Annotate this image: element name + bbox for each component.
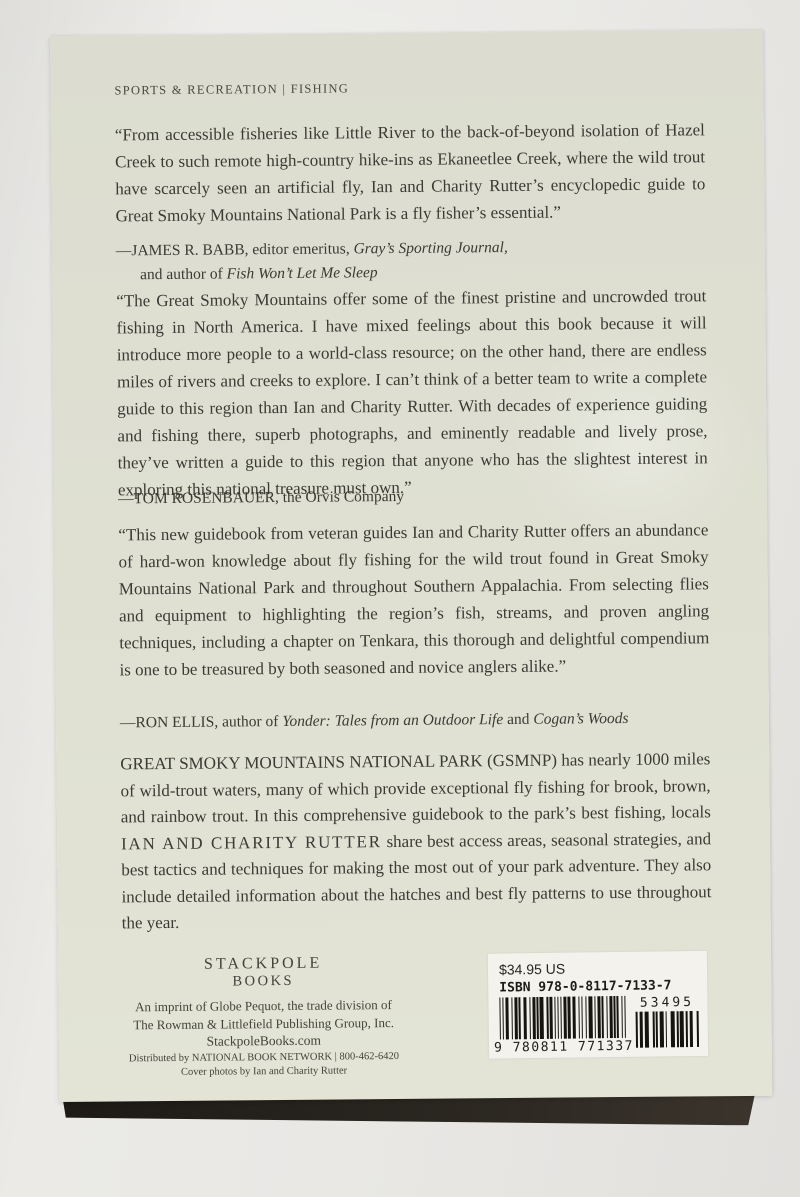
blurb-quote-2: “The Great Smoky Mountains offer some of…	[116, 282, 708, 503]
blurb-attribution-2: —TOM ROSENBAUER, the Orvis Company	[118, 482, 708, 511]
isbn-label: ISBN 978-0-8117-7133-7	[499, 978, 698, 996]
barcode-row: 9 780811 771337 53495	[499, 995, 699, 1056]
ean-digits: 9 780811 771337	[494, 1039, 626, 1056]
category-label: SPORTS & RECREATION | FISHING	[114, 78, 704, 98]
publisher-block: STACKPOLE BOOKS An imprint of Globe Pequ…	[98, 954, 429, 1081]
publisher-logo-line2: BOOKS	[98, 972, 428, 992]
barcode-panel: $34.95 US ISBN 978-0-8117-7133-7 9 78081…	[488, 951, 708, 1059]
blurb-quote-1: “From accessible fisheries like Little R…	[115, 116, 706, 229]
publisher-imprint-line2: The Rowman & Littlefield Publishing Grou…	[99, 1013, 429, 1033]
book-description: GREAT SMOKY MOUNTAINS NATIONAL PARK (GSM…	[120, 746, 712, 937]
book-back-cover: SPORTS & RECREATION | FISHING “From acce…	[50, 30, 772, 1102]
addon-barcode-bars	[636, 1011, 699, 1048]
publisher-distribution: Distributed by NATIONAL BOOK NETWORK | 8…	[99, 1050, 429, 1067]
addon-digits: 53495	[635, 995, 698, 1011]
cover-photo-credits: Cover photos by Ian and Charity Rutter	[99, 1064, 429, 1081]
blurb-attribution-1: —JAMES R. BABB, editor emeritus, Gray’s …	[116, 234, 706, 287]
publisher-imprint-line1: An imprint of Globe Pequot, the trade di…	[98, 996, 428, 1016]
blurb-quote-3: “This new guidebook from veteran guides …	[118, 516, 709, 683]
publisher-website: StackpoleBooks.com	[99, 1031, 429, 1052]
addon-barcode: 53495	[635, 995, 699, 1054]
price-label: $34.95 US	[499, 959, 698, 978]
ean-barcode: 9 780811 771337	[499, 996, 626, 1056]
ean-barcode-bars	[499, 996, 626, 1040]
blurb-attribution-3: —RON ELLIS, author of Yonder: Tales from…	[120, 706, 710, 735]
